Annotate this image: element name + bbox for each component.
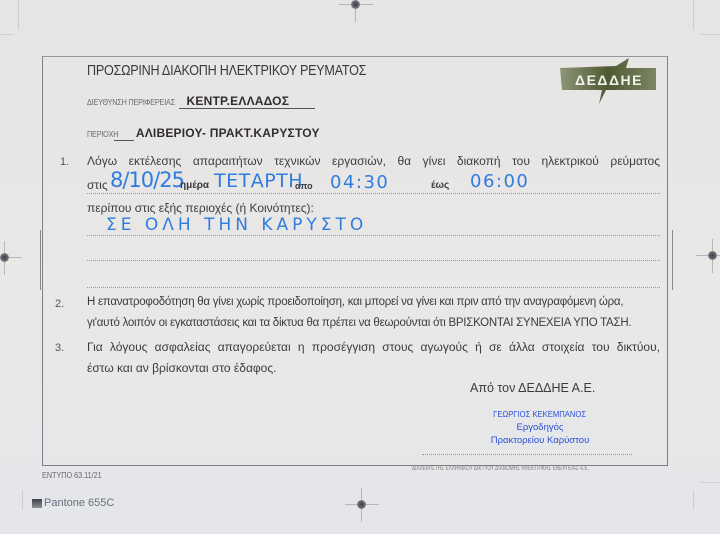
- item-1-text: Λόγω εκτέλεσης απαραιτήτων τεχνικών εργα…: [87, 154, 660, 168]
- registration-mark-icon: [704, 247, 720, 265]
- from-time: 04:30: [330, 172, 389, 193]
- trim-line: [672, 230, 673, 290]
- item-3-line-1: Για λόγους ασφαλείας απαγορεύεται η προσ…: [87, 340, 660, 354]
- date-dotted-line: [87, 193, 660, 194]
- logo-text: ΔΕΔΔΗΕ: [564, 70, 654, 90]
- item-3-number: 3.: [55, 342, 64, 354]
- to-time: 06:00: [470, 171, 529, 192]
- trim-line: [693, 490, 694, 510]
- area-row: ΠΕΡΙΟΧΗ ΑΛΙΒΕΡΙΟΥ- ΠΡΑΚΤ.ΚΑΡΥΣΤΟΥ: [87, 126, 322, 140]
- trim-line: [18, 0, 19, 30]
- item-1-number: 1.: [60, 156, 69, 168]
- trim-line: [40, 230, 41, 290]
- signatory-name: ΓΕΩΡΓΙΟΣ ΚΕΚΕΜΠΑΝΟΣ: [494, 408, 587, 421]
- region-directorate-value: ΚΕΝΤΡ.ΕΛΛΑΔΟΣ: [179, 94, 316, 109]
- trim-line: [22, 490, 23, 510]
- signatory-office: Πρακτορείου Καρύστου: [470, 434, 610, 447]
- areas-dotted-line-1: [87, 235, 660, 236]
- date-label: στις: [87, 178, 108, 192]
- areas-dotted-line-2: [87, 260, 660, 261]
- signature-dotted-line: [422, 454, 632, 455]
- deddie-logo: ΔΕΔΔΗΕ: [556, 58, 660, 106]
- areas-label: περίπου στις εξής περιοχές (ή Κοινότητες…: [87, 201, 314, 215]
- pantone-mark: Pantone 655C: [32, 497, 114, 509]
- area-value: ΑΛΙΒΕΡΙΟΥ- ΠΡΑΚΤ.ΚΑΡΥΣΤΟΥ: [122, 126, 322, 140]
- from-label: απο: [295, 181, 313, 191]
- trim-line: [700, 482, 720, 483]
- area-label: ΠΕΡΙΟΧΗ: [87, 129, 118, 139]
- item-2-line-2: γι'αυτό λοιπόν οι εγκαταστάσεις και τα δ…: [87, 317, 631, 329]
- day-value: ΤΕΤΑΡΤΗ: [214, 170, 303, 192]
- region-directorate-row: ΔΙΕΥΘΥΝΣΗ ΠΕΡΙΦΕΡΕΙΑΣ ΚΕΝΤΡ.ΕΛΛΑΔΟΣ: [87, 94, 315, 109]
- area-underline: [114, 140, 134, 141]
- item-2-line-1: Η επανατροφοδότηση θα γίνει χωρίς προειδ…: [87, 296, 623, 308]
- day-label: ημέρα: [180, 180, 209, 191]
- areas-value: ΣΕ ΟΛΗ ΤΗΝ ΚΑΡΥΣΤΟ: [106, 215, 367, 235]
- signature-stamp: ΓΕΩΡΓΙΟΣ ΚΕΚΕΜΠΑΝΟΣ Εργοδηγός Πρακτορείο…: [470, 408, 610, 447]
- item-2-number: 2.: [55, 298, 64, 310]
- pantone-label: Pantone 655C: [44, 497, 114, 509]
- form-border: [42, 56, 668, 466]
- form-title: ΠΡΟΣΩΡΙΝΗ ΔΙΑΚΟΠΗ ΗΛΕΚΤΡΙΚΟΥ ΡΕΥΜΑΤΟΣ: [87, 62, 366, 79]
- registration-mark-icon: [353, 496, 371, 514]
- color-swatch-icon: [32, 499, 42, 508]
- trim-line: [0, 34, 14, 35]
- trim-line: [700, 34, 720, 35]
- trim-line: [693, 0, 694, 30]
- registration-mark-icon: [0, 249, 14, 267]
- region-directorate-label: ΔΙΕΥΘΥΝΣΗ ΠΕΡΙΦΕΡΕΙΑΣ: [87, 97, 175, 107]
- areas-dotted-line-3: [87, 287, 660, 288]
- registration-mark-icon: [347, 0, 365, 14]
- from-company: Από τον ΔΕΔΔΗΕ Α.Ε.: [470, 381, 595, 395]
- form-code: ΕΝΤΥΠΟ 63.11/21: [42, 470, 102, 480]
- item-3-line-2: έστω και αν βρίσκονται στο έδαφος.: [87, 361, 276, 375]
- date-value: 8/10/25: [110, 168, 184, 192]
- to-label: έως: [431, 180, 449, 191]
- company-full-name: ΔΙΑΧΕΙΡΙΣΤΗΣ ΕΛΛΗΝΙΚΟΥ ΔΙΚΤΥΟΥ ΔΙΑΝΟΜΗΣ …: [412, 466, 589, 472]
- signatory-role: Εργοδηγός: [470, 421, 610, 434]
